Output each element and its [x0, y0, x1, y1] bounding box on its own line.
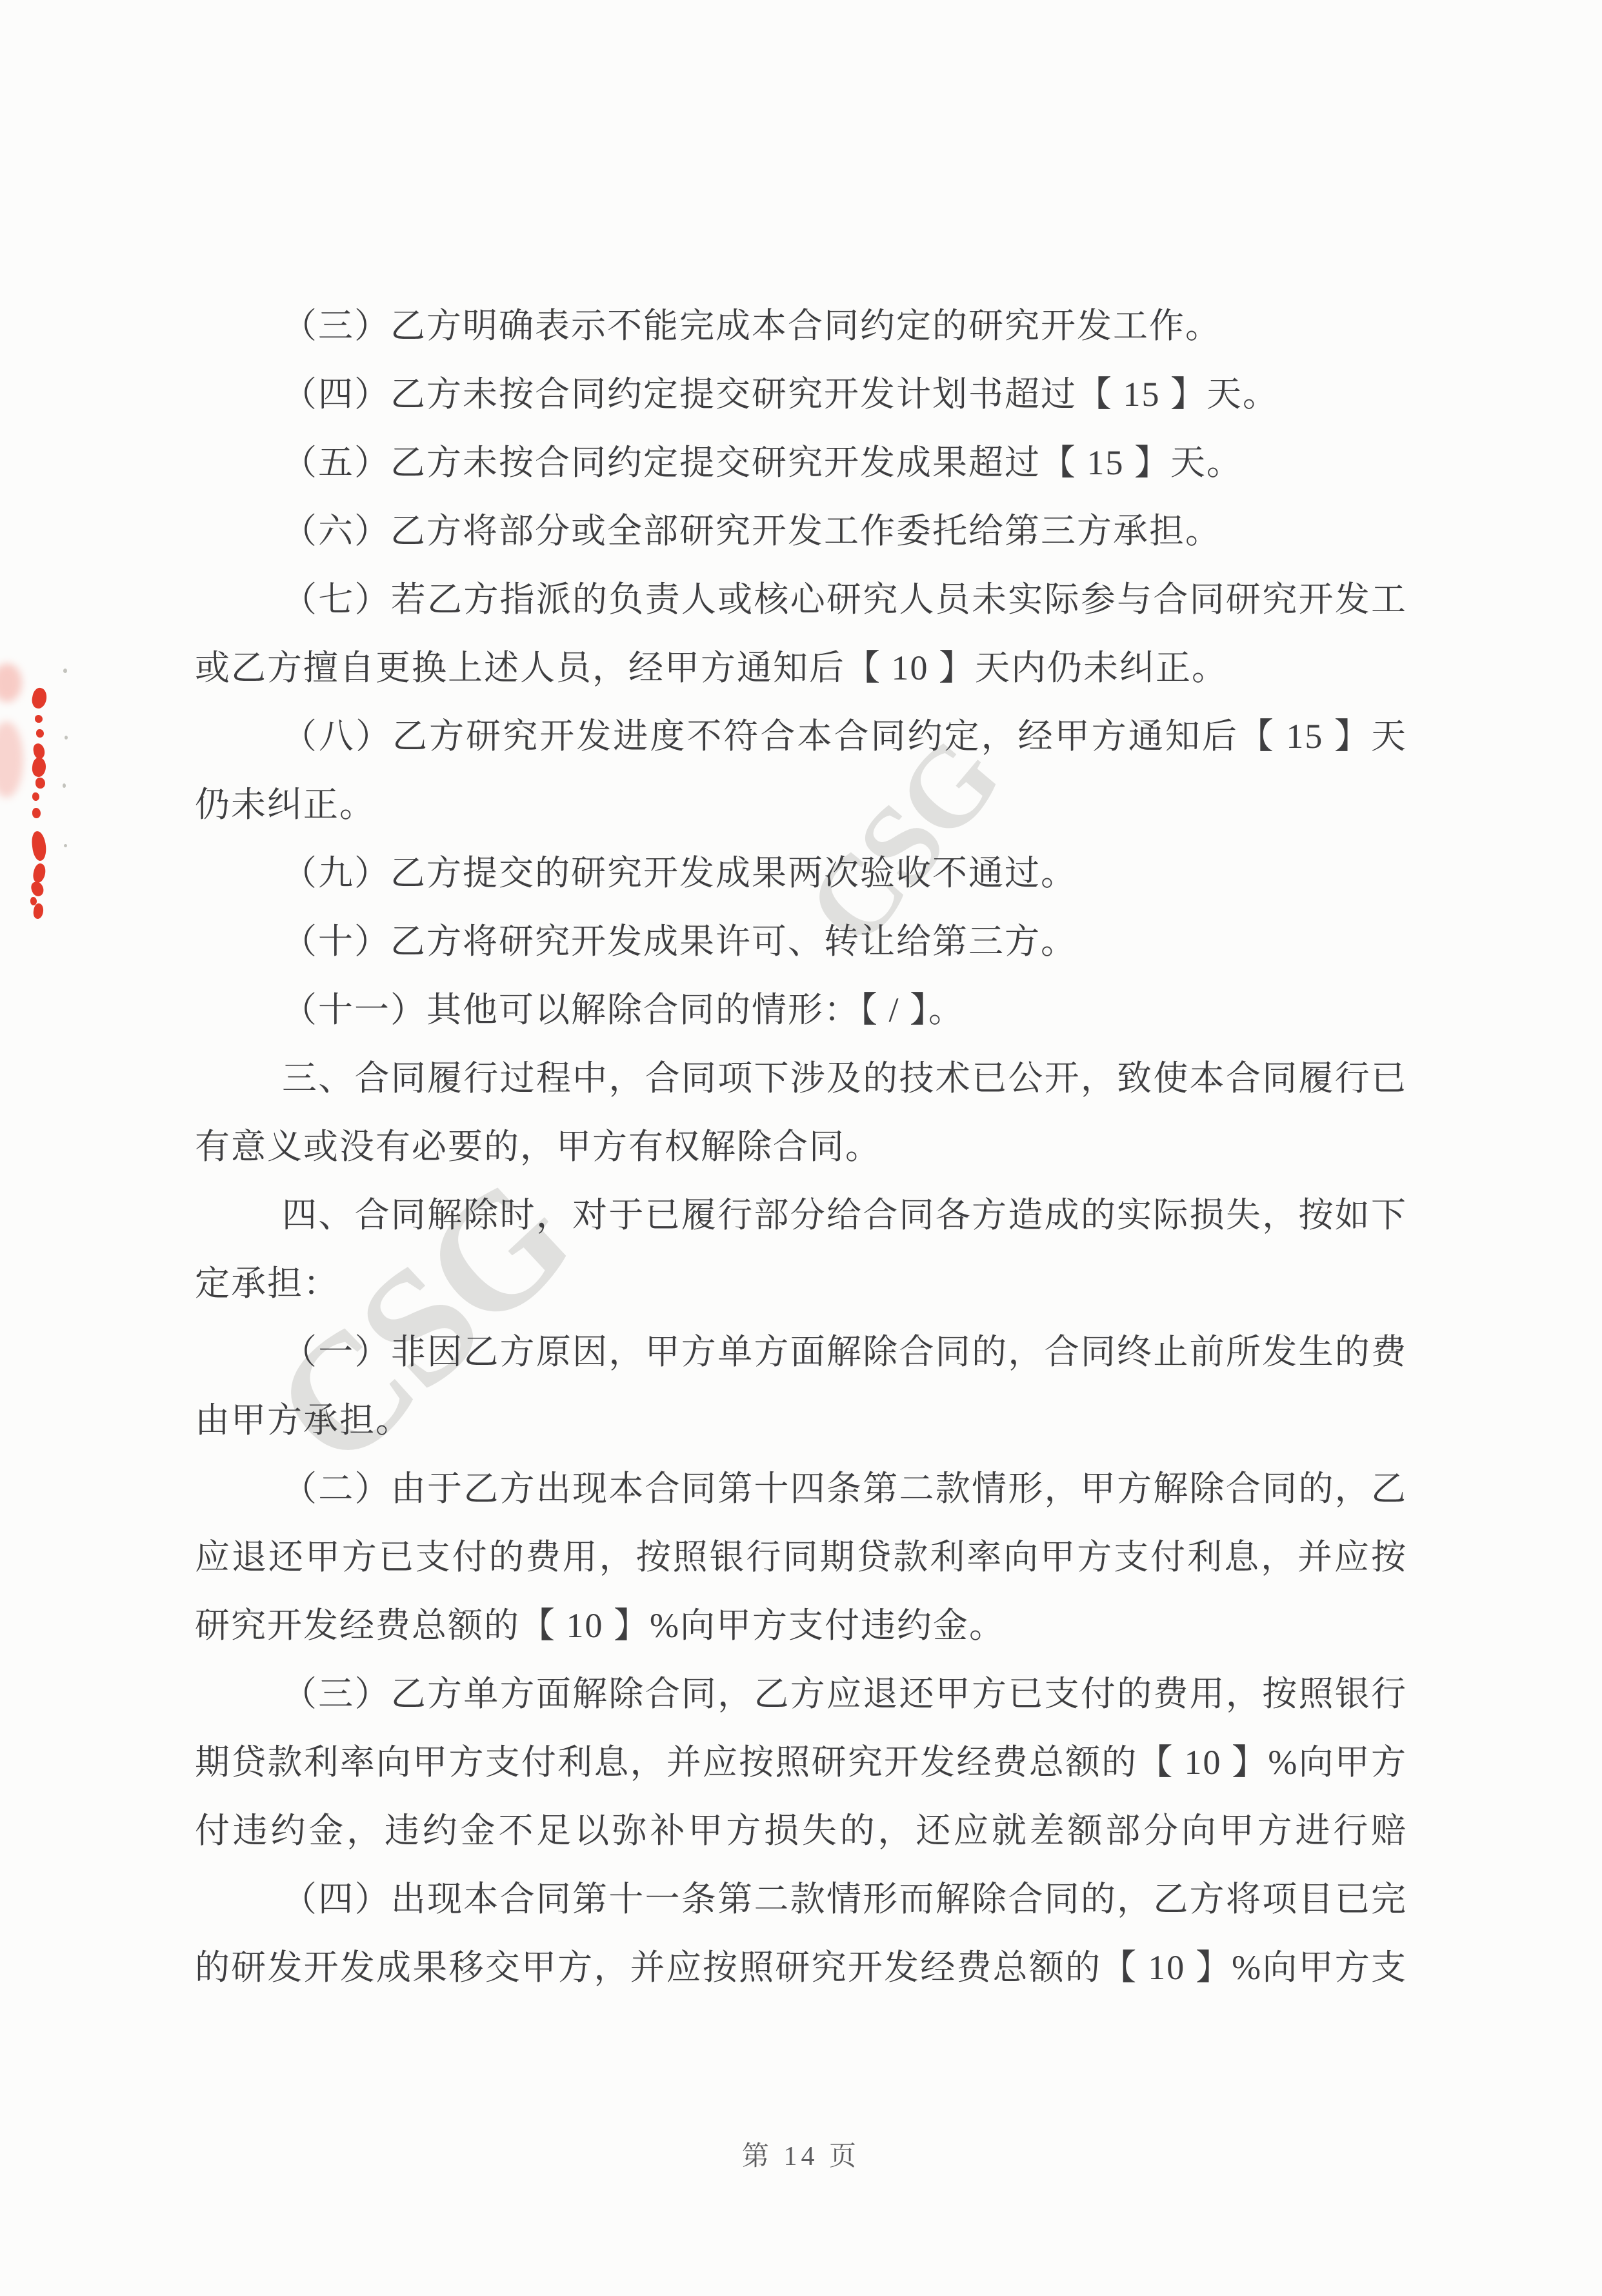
text-line: （五）乙方未按合同约定提交研究开发成果超过【 15 】天。 [195, 428, 1407, 497]
text-line: （四）出现本合同第十一条第二款情形而解除合同的，乙方将项目已完成 [195, 1865, 1407, 1933]
red-ink-mark [30, 687, 48, 710]
dust-speck [63, 783, 66, 788]
text-line: （六）乙方将部分或全部研究开发工作委托给第三方承担。 [195, 497, 1407, 565]
text-line: （七）若乙方指派的负责人或核心研究人员未实际参与合同研究开发工作， [195, 565, 1407, 634]
dust-speck [63, 669, 67, 673]
text-line: （十）乙方将研究开发成果许可、转让给第三方。 [195, 907, 1407, 976]
text-line: 研究开发经费总额的【 10 】%向甲方支付违约金。 [195, 1591, 1407, 1660]
text-line: （三）乙方单方面解除合同，乙方应退还甲方已支付的费用，按照银行同 [195, 1660, 1407, 1728]
red-ink-mark [32, 808, 41, 818]
text-line: （四）乙方未按合同约定提交研究开发计划书超过【 15 】天。 [195, 360, 1407, 428]
text-line: （八）乙方研究开发进度不符合本合同约定，经甲方通知后【 15 】天内 [195, 702, 1407, 770]
page-number: 第 14 页 [0, 2135, 1602, 2173]
red-ink-mark [35, 715, 43, 723]
text-line: （十一）其他可以解除合同的情形：【 / 】。 [195, 976, 1407, 1044]
text-line: （九）乙方提交的研究开发成果两次验收不通过。 [195, 839, 1407, 907]
red-ink-mark [31, 831, 48, 861]
red-ink-mark [32, 903, 45, 920]
red-ink-mark [32, 743, 46, 760]
text-line: （一）非因乙方原因，甲方单方面解除合同的，合同终止前所发生的费用 [195, 1318, 1407, 1386]
document-lines: （三）乙方明确表示不能完成本合同约定的研究开发工作。（四）乙方未按合同约定提交研… [195, 292, 1407, 2002]
red-ink-mark [35, 778, 45, 789]
dust-speck [64, 844, 67, 847]
text-line: 付违约金，违约金不足以弥补甲方损失的，还应就差额部分向甲方进行赔偿。 [195, 1797, 1407, 1865]
red-ink-mark [32, 792, 39, 801]
pink-smudge [0, 663, 22, 702]
text-line: 定承担： [195, 1249, 1407, 1318]
pink-smudge [0, 721, 23, 798]
text-line: 由甲方承担。 [195, 1386, 1407, 1455]
red-ink-mark [36, 729, 44, 738]
text-line: 有意义或没有必要的，甲方有权解除合同。 [195, 1113, 1407, 1181]
red-ink-mark [31, 757, 47, 778]
text-line: （二）由于乙方出现本合同第十四条第二款情形，甲方解除合同的，乙方 [195, 1455, 1407, 1523]
text-line: 或乙方擅自更换上述人员，经甲方通知后【 10 】天内仍未纠正。 [195, 634, 1407, 702]
text-line: 应退还甲方已支付的费用，按照银行同期贷款利率向甲方支付利息，并应按照 [195, 1523, 1407, 1591]
text-line: 的研发开发成果移交甲方，并应按照研究开发经费总额的【 10 】%向甲方支付 [195, 1933, 1407, 2002]
red-ink-mark [30, 897, 37, 905]
text-line: 仍未纠正。 [195, 770, 1407, 839]
scanned-contract-page: CSG CSG （三）乙方明确表示不能完成本合同约定的研究开发工作。（四）乙方未… [0, 0, 1602, 2296]
text-line: 四、合同解除时，对于已履行部分给合同各方造成的实际损失，按如下约 [195, 1181, 1407, 1249]
text-line: 期贷款利率向甲方支付利息，并应按照研究开发经费总额的【 10 】%向甲方支 [195, 1728, 1407, 1797]
red-ink-mark [32, 862, 48, 883]
text-line: 三、合同履行过程中，合同项下涉及的技术已公开，致使本合同履行已没 [195, 1044, 1407, 1113]
text-line: （三）乙方明确表示不能完成本合同约定的研究开发工作。 [195, 292, 1407, 360]
dust-speck [65, 736, 68, 740]
red-ink-mark [30, 880, 45, 898]
